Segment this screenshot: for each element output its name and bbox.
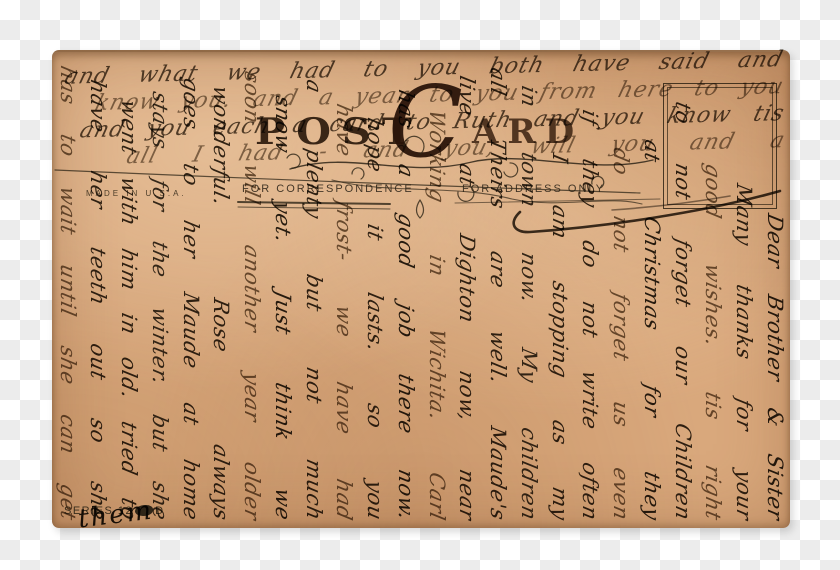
handwriting-letter-line: a plenty but not much xyxy=(298,49,329,534)
handwriting-letter-line: live at Dighton now, near xyxy=(452,49,483,534)
handwriting-letter-line: soon will another year older xyxy=(237,49,268,534)
handwriting-letter-line: Dear Brother & Sister xyxy=(759,49,790,534)
handwriting-letter-line: good wishes. tis right xyxy=(698,49,729,534)
handwriting-letter-line: wonderful. Rose always xyxy=(206,49,237,534)
handwriting-letter-line: hope it lasts. so you xyxy=(360,49,391,534)
handwriting-letter-line: has a good job there now. xyxy=(390,49,421,534)
handwriting-letter-line: to not forget our Children xyxy=(667,49,698,534)
handwriting-letter-line: Many thanks for your xyxy=(729,49,760,534)
handwriting-letter-line: goes to her Maude at home xyxy=(175,49,206,534)
handwriting-letter-line: in town now. My children xyxy=(513,49,544,534)
handwriting-letter-line: stays for the winter. but she xyxy=(144,49,175,534)
handwriting-letter-line: if they do not write often xyxy=(575,49,606,534)
handwriting-letter-line: snow yet. Just think we xyxy=(267,49,298,534)
handwriting-letter-line: all Theirs are well. Maude's xyxy=(483,49,514,534)
handwriting-letter-line: do not forget us even xyxy=(606,49,637,534)
handwriting-letter-line: Working in Wichita. Carl xyxy=(421,49,452,534)
handwriting-letter-line: have frost- we have had xyxy=(329,49,360,534)
transparency-checkerboard: POST C ARD FOR CORRESPONDENCE FOR ADDRES… xyxy=(0,0,840,570)
handwritten-letter: Dear Brother & SisterMany thanks for you… xyxy=(52,52,790,530)
handwriting-letter-line: have her teeth out so she xyxy=(83,49,114,534)
handwriting-letter-line: has to wait until she can get xyxy=(52,49,83,534)
handwriting-letter-line: at Christmas for they xyxy=(636,49,667,534)
handwriting-letter-line: I am stopping as my xyxy=(544,49,575,534)
handwriting-letter-line: went with him in old. tried to xyxy=(114,49,145,534)
postcard: POST C ARD FOR CORRESPONDENCE FOR ADDRES… xyxy=(52,50,790,528)
